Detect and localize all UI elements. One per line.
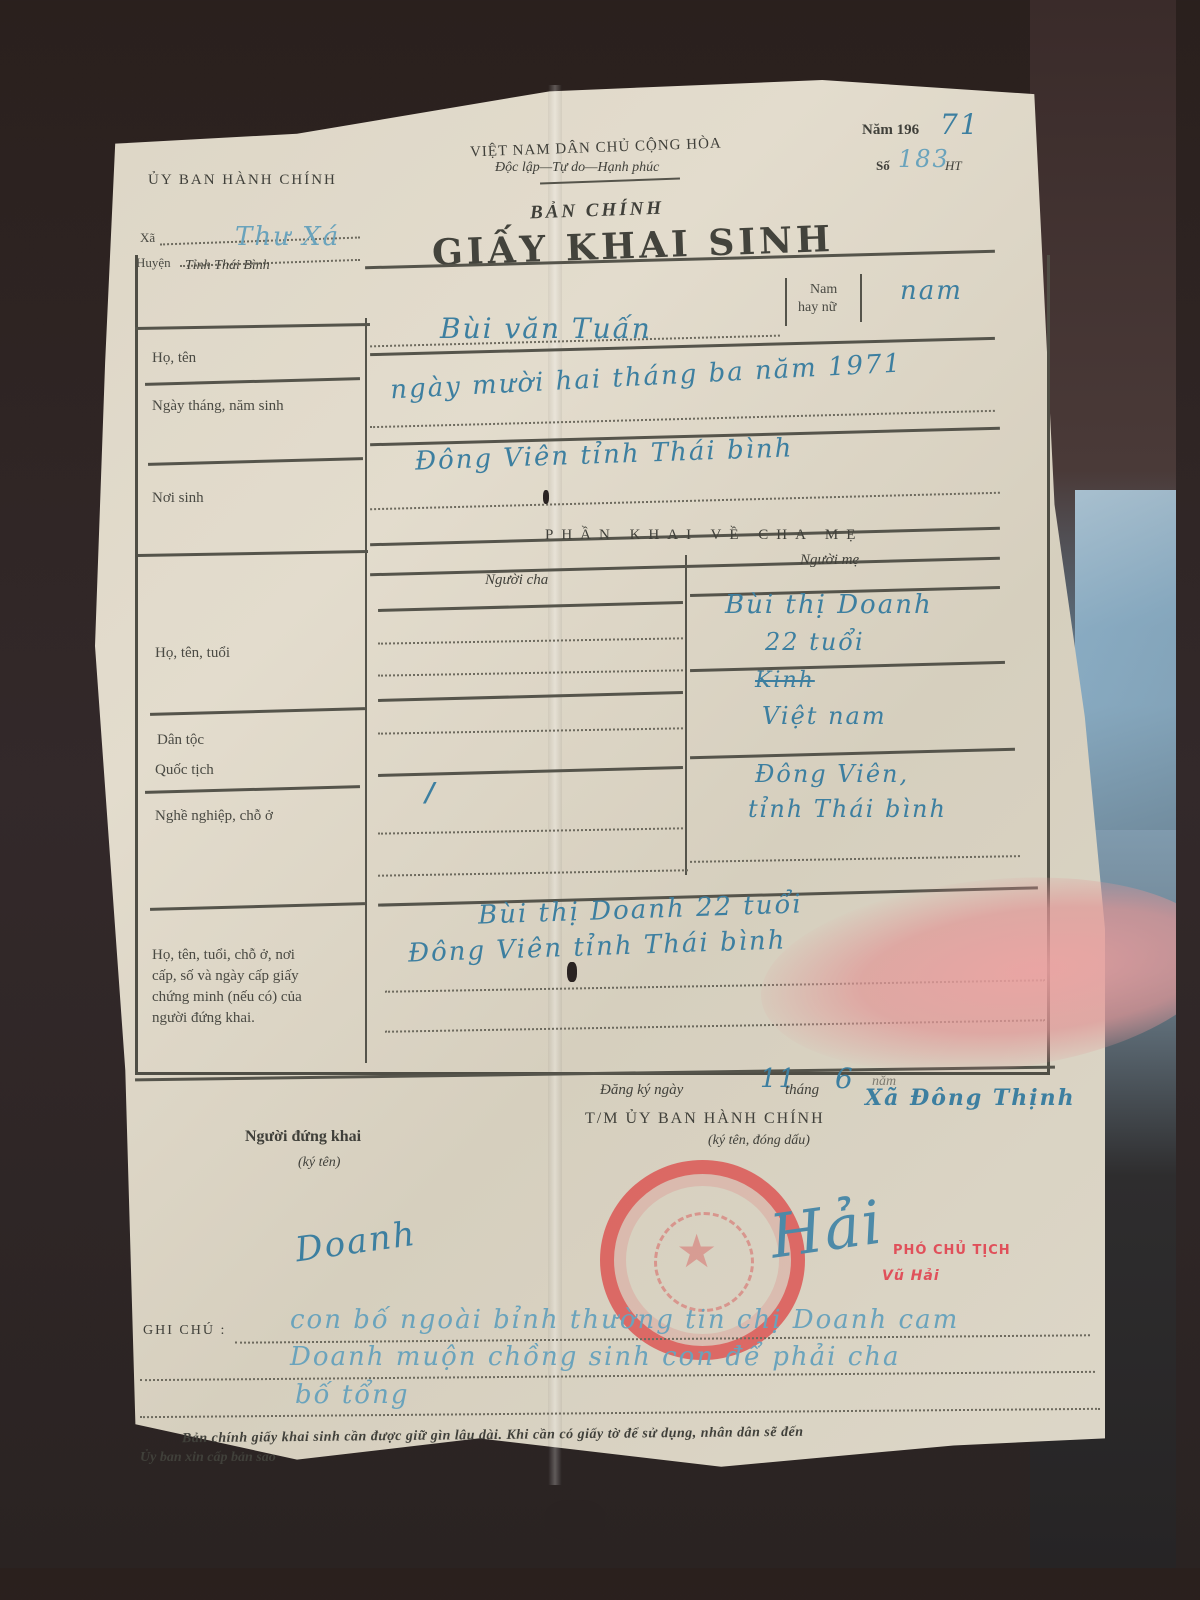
sex-column-divider-1 <box>785 278 787 326</box>
sex-label-1: Nam <box>810 282 837 298</box>
mother-name: Bùi thị Doanh <box>725 590 933 620</box>
declarant-title: Người đứng khai <box>245 1128 361 1146</box>
occupation-label: Nghề nghiệp, chỗ ở <box>155 808 273 825</box>
number-label: Số <box>876 158 890 174</box>
parents-column-divider <box>685 555 687 875</box>
notes-text-1: con bố ngoài bỉnh thường tin chị Doanh c… <box>290 1305 959 1335</box>
declarant-label-line-4: người đứng khai. <box>152 1008 367 1029</box>
sex-column-divider-2 <box>860 274 862 322</box>
paper-pinhole-1 <box>543 490 549 504</box>
mother-residence-2: tỉnh Thái bình <box>748 795 947 823</box>
dob-label: Ngày tháng, năm sinh <box>152 398 284 415</box>
mother-residence-1: Đông Viên, <box>755 760 909 788</box>
birthplace-label: Nơi sinh <box>152 490 204 507</box>
declarant-label-line-1: Họ, tên, tuổi, chỗ ở, nơi <box>152 945 367 966</box>
father-header: Người cha <box>485 572 548 589</box>
declarant-label-line-2: cấp, số và ngày cấp giấy <box>152 966 367 987</box>
paper-pinhole-2 <box>567 962 577 982</box>
registered-label: Đăng ký ngày <box>600 1082 683 1099</box>
declarant-label: Họ, tên, tuổi, chỗ ở, nơi cấp, số và ngà… <box>152 945 367 1029</box>
sex-label-2: hay nữ <box>798 300 836 316</box>
year-label: Năm 196 <box>862 122 919 139</box>
sex-value: nam <box>900 276 963 306</box>
committee-title: ỦY BAN HÀNH CHÍNH <box>148 172 337 189</box>
motto: Độc lập—Tự do—Hạnh phúc <box>495 160 659 176</box>
declarant-sign-instruction: (ký tên) <box>298 1155 340 1171</box>
district-value: Thư Xá <box>235 222 340 252</box>
footer-line-2: Ủy ban xin cấp bản sao <box>140 1450 276 1466</box>
paper-damage-hole <box>545 1500 605 1540</box>
nationality-label: Quốc tịch <box>155 762 214 779</box>
committee-sign-label: T/M ỦY BAN HÀNH CHÍNH <box>585 1110 825 1128</box>
commune-label: Xã <box>140 230 155 246</box>
number-value: 183 <box>898 145 950 173</box>
stamp-name: Vũ Hải <box>882 1268 940 1284</box>
parents-section-title: PHẦN KHAI VỀ CHA MẸ <box>545 527 863 544</box>
mother-ethnicity: Kinh <box>755 668 815 693</box>
notes-label: GHI CHÚ : <box>143 1323 226 1339</box>
stamp-title: PHÓ CHỦ TỊCH <box>893 1243 1011 1258</box>
year-handwritten: 71 <box>940 108 980 141</box>
notes-text-3: bố tổng <box>295 1380 410 1410</box>
number-suffix: HT <box>945 158 962 174</box>
notes-text-2: Doanh muộn chồng sinh con để phải cha <box>290 1342 901 1372</box>
seal-star-icon: ★ <box>676 1224 717 1278</box>
declarant-label-line-3: chứng minh (nếu có) của <box>152 987 367 1008</box>
ethnicity-label: Dân tộc <box>157 732 204 749</box>
month-label: tháng <box>785 1082 819 1099</box>
mother-header: Người mẹ <box>800 552 859 569</box>
registered-month: 6 <box>835 1062 855 1095</box>
name-age-label: Họ, tên, tuổi <box>155 645 230 662</box>
child-name-label: Họ, tên <box>152 350 196 367</box>
copy-type: BẢN CHÍNH <box>530 198 665 225</box>
header-left: ỦY BAN HÀNH CHÍNH <box>148 172 337 189</box>
father-mark: / <box>425 778 437 808</box>
mother-age: 22 tuổi <box>765 628 865 656</box>
committee-sign-value: Xã Đông Thịnh <box>865 1085 1076 1111</box>
mother-nationality: Việt nam <box>762 702 887 730</box>
committee-sign-instruction: (ký tên, đóng dấu) <box>708 1133 810 1149</box>
